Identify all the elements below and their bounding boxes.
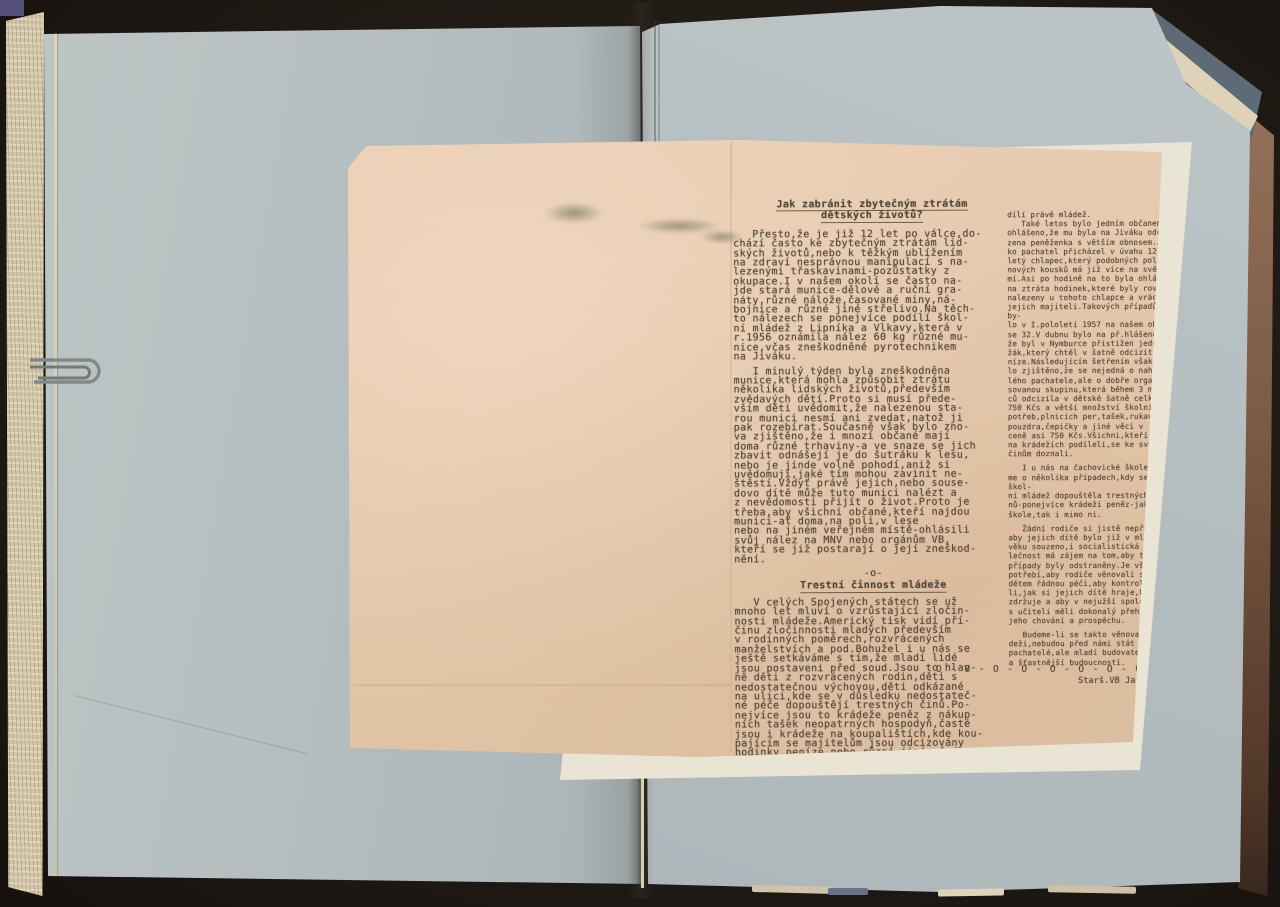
section-heading: Trestní činnost mládeže — [734, 581, 1012, 593]
paperclip-icon — [30, 354, 114, 388]
left-page-crease — [54, 24, 57, 886]
torn-paper-shard — [938, 888, 1004, 896]
ink-smudge — [544, 202, 604, 224]
headline-line-2: dětských životů? — [821, 211, 923, 223]
clipping-fold-horizontal — [354, 684, 730, 686]
article-headline: Jak zabránit zbytečným ztrátám dětských … — [733, 200, 1011, 224]
article-paragraph: I minulý týden byla zneškodněna munice,k… — [734, 366, 1013, 565]
cover-spine-corner — [0, 0, 24, 16]
scrapbook-photograph: Jak zabránit zbytečným ztrátám dětských … — [0, 0, 1280, 907]
clipping-column-1: Jak zabránit zbytečným ztrátám dětských … — [733, 200, 1013, 773]
gutter-fold-line — [654, 20, 656, 148]
torn-paper-shard — [752, 885, 836, 894]
page-fore-edge-stack — [6, 12, 44, 896]
article-paragraph: Přesto,že je již 12 let po válce,do- chá… — [733, 229, 1011, 362]
left-page-wrinkle — [73, 695, 306, 754]
typewritten-clipping: Jak zabránit zbytečným ztrátám dětských … — [344, 136, 1166, 760]
section-divider: -o- — [734, 569, 1012, 579]
torn-paper-shard — [1048, 885, 1136, 894]
torn-paper-shard — [828, 888, 868, 895]
article-paragraph: V celých Spojených státech se už mnoho l… — [734, 597, 1013, 767]
clipping-fold-vertical — [730, 142, 732, 752]
